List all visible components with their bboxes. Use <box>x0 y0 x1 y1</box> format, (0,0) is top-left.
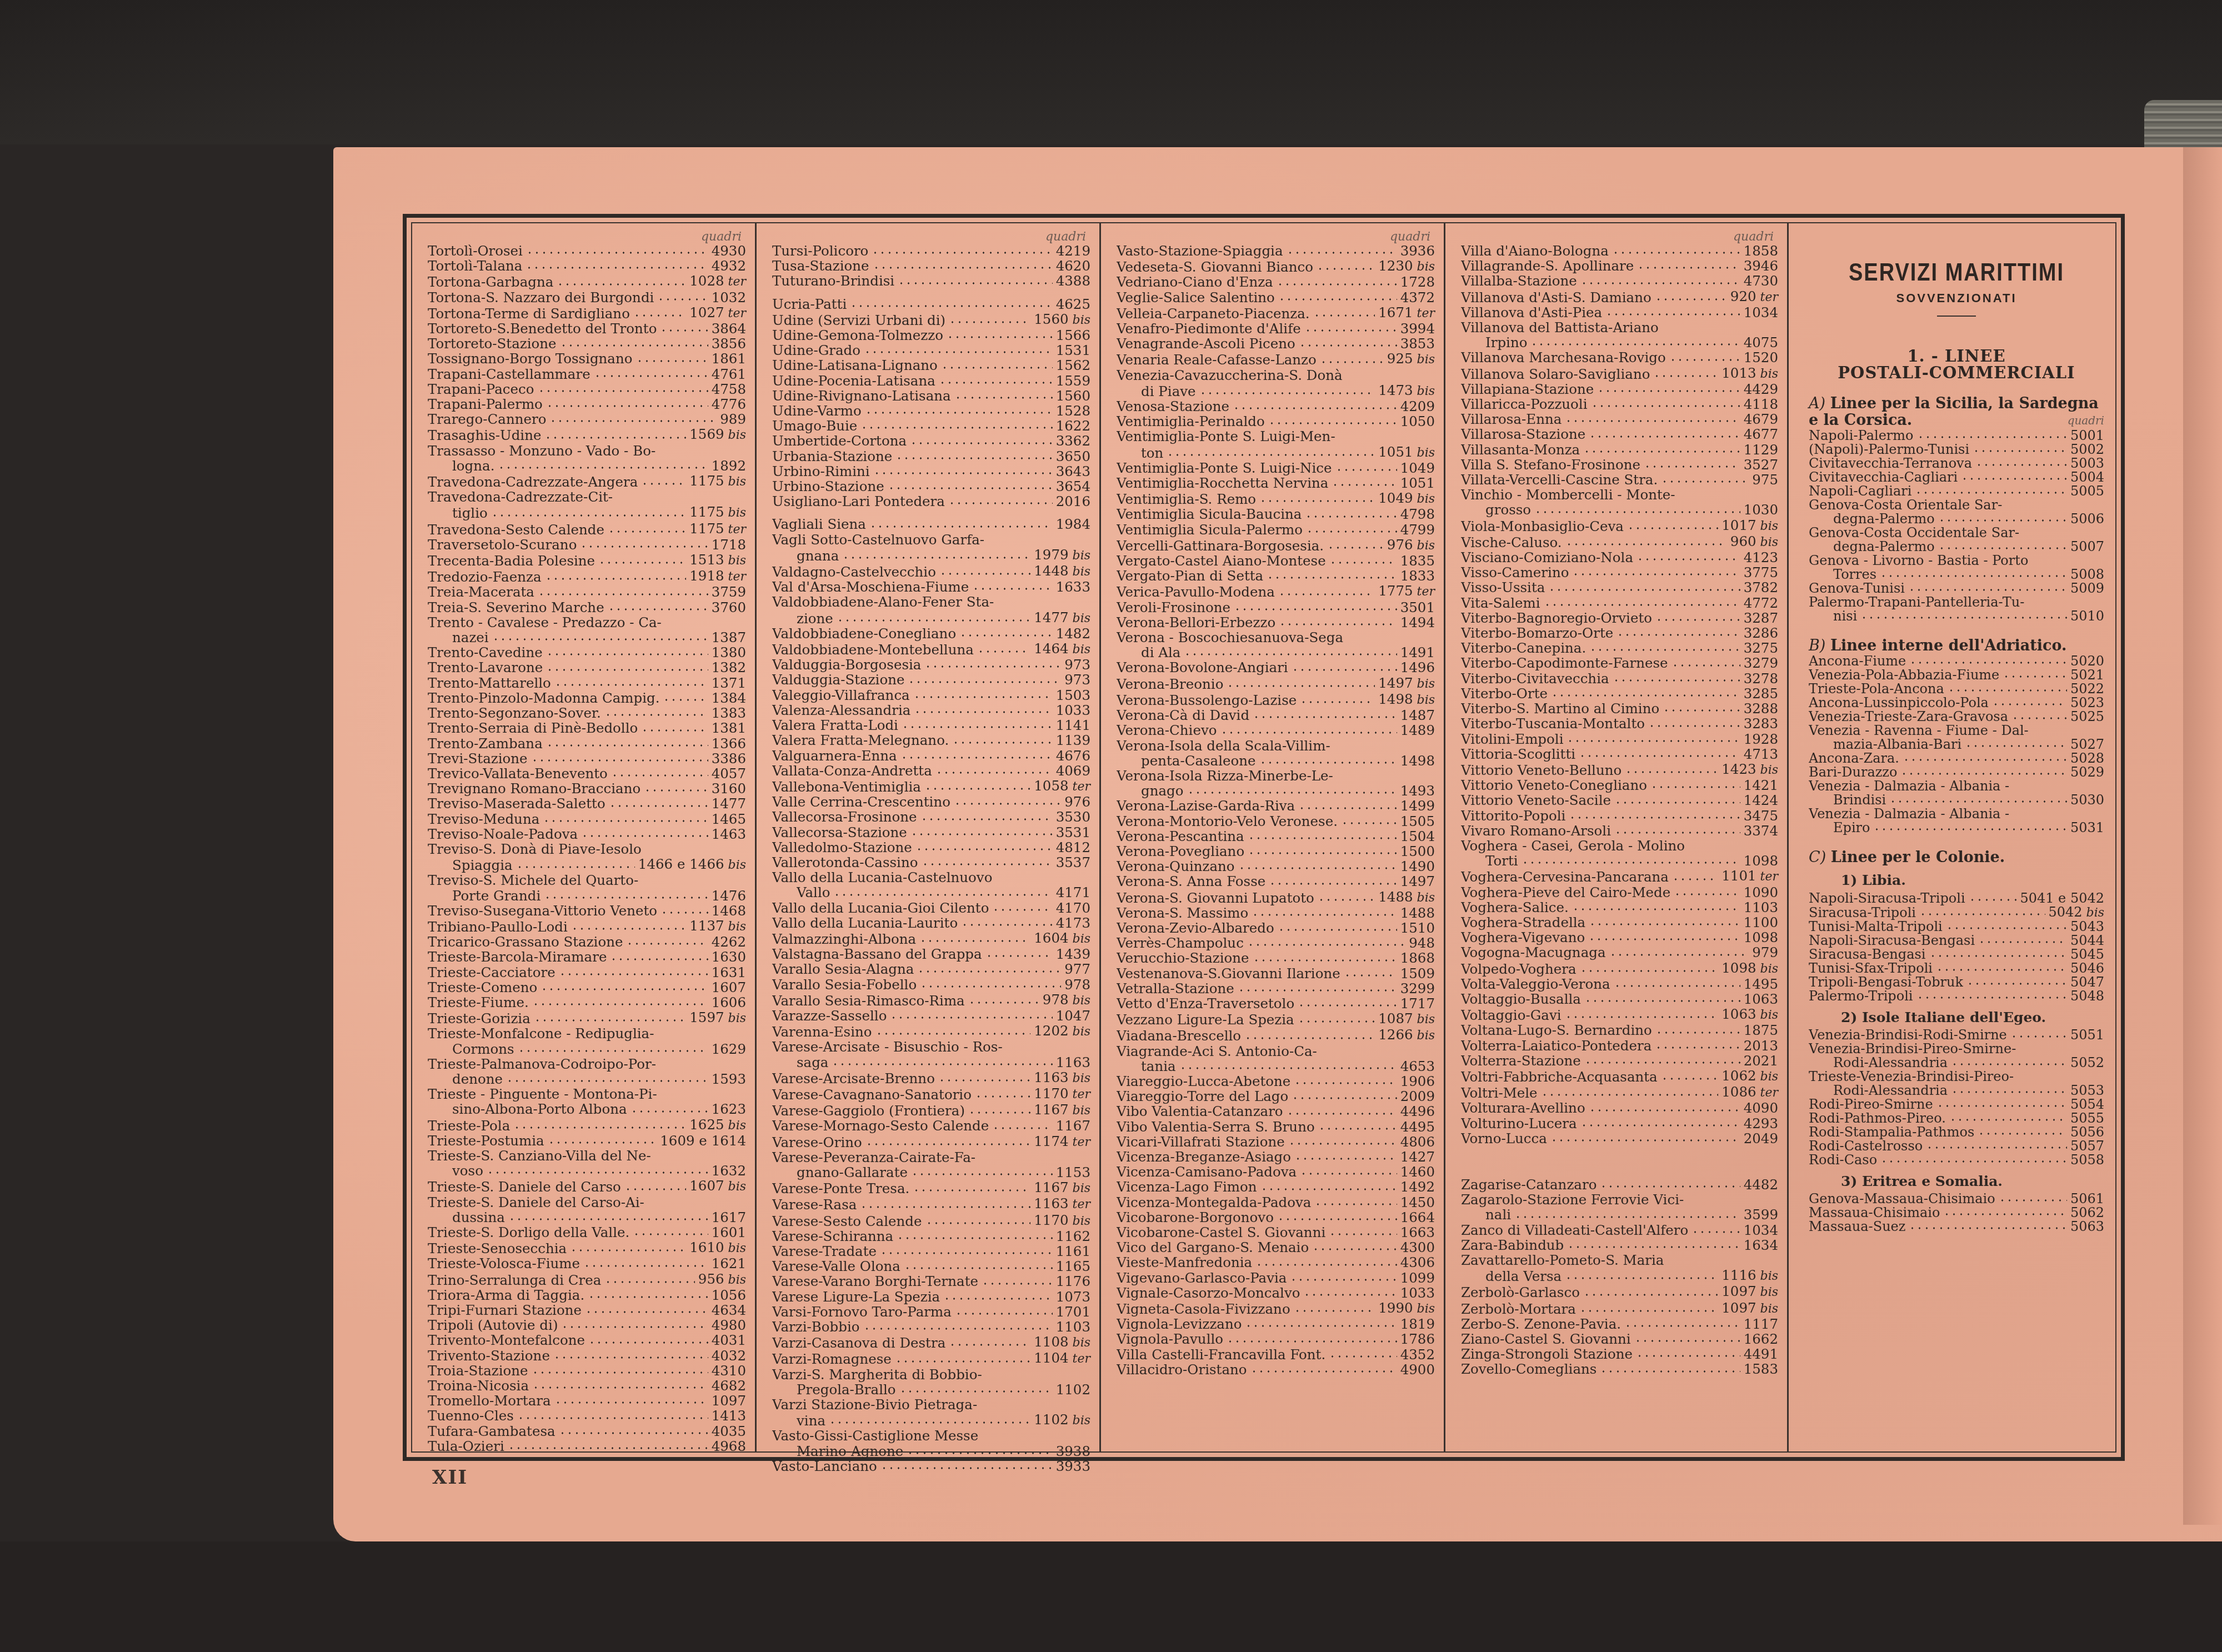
dot-leader <box>487 1171 708 1174</box>
entry-name: Trento-Mattarello <box>428 675 551 690</box>
entry-continuation: Vallo4171 <box>772 885 1090 900</box>
index-entry: Zerbo-S. Zenone-Pavia.1117 <box>1461 1316 1778 1331</box>
entry-name: Rodi-Pireo-Smirne <box>1809 1098 1933 1112</box>
entry-name: Varese-Sesto Calende <box>772 1214 922 1229</box>
entry-name: Vorno-Lucca <box>1461 1131 1547 1146</box>
dot-leader <box>1253 715 1397 719</box>
reference-number: 1413 <box>712 1408 746 1423</box>
reference-number: 1632 <box>712 1163 746 1178</box>
reference-suffix: bis <box>1069 994 1090 1008</box>
index-column-2: quadri Tursi-Policoro4219Tusa-Stazione46… <box>757 223 1101 1451</box>
entry-name: Vigneta-Casola-Fivizzano <box>1117 1301 1290 1316</box>
entry-continuation: nisi5010 <box>1809 609 2104 623</box>
entry-name: Valduggia-Borgosesia <box>772 657 921 672</box>
reference-number: 1468 <box>712 903 746 918</box>
dot-leader <box>571 927 686 930</box>
reference-number: 1560 bis <box>1034 312 1090 328</box>
dot-leader <box>1233 407 1397 410</box>
entry-name: Valduggia-Stazione <box>772 672 904 687</box>
index-entry: Vignola-Levizzano1819 <box>1117 1316 1435 1331</box>
reference-number: 3531 <box>1056 825 1090 840</box>
reference-number: 1609 e 1614 <box>660 1133 746 1148</box>
index-entry: Umago-Buie1622 <box>772 418 1090 433</box>
entry-name: Trieste-Comeno <box>428 980 537 995</box>
entry-name: Trieste-S. Canziano-Villa del Ne- <box>428 1148 746 1163</box>
index-entry: Varese-Peveranza-Cairate-Fa-gnano-Gallar… <box>772 1150 1090 1180</box>
dot-leader <box>1938 519 2067 522</box>
index-entry: Tredozio-Faenza1918 ter <box>428 568 746 584</box>
reference-number: 1102 bis <box>1034 1412 1090 1428</box>
entry-name: Trieste-Senosecchia <box>428 1241 567 1256</box>
dot-leader <box>920 818 1053 821</box>
entry-name: Varallo Sesia-Fobello <box>772 977 917 992</box>
index-entry: Rodi-Caso5058 <box>1809 1153 2104 1167</box>
reference-number: 1819 <box>1400 1316 1435 1331</box>
reference-number: 3278 <box>1744 671 1778 686</box>
entry-name: Vergato-Castel Aiano-Montese <box>1117 553 1326 568</box>
dot-leader <box>968 1001 1039 1004</box>
entry-name-cont: Cormons <box>452 1042 514 1057</box>
entry-name-cont: di Ala <box>1141 645 1180 660</box>
dot-leader <box>1655 298 1727 301</box>
index-entry: Verona-S. Massimo1488 <box>1117 905 1435 920</box>
reference-number: 1175 bis <box>689 473 746 489</box>
dot-leader <box>890 1016 1052 1019</box>
reference-number: 1051 bis <box>1378 444 1435 460</box>
entry-name: Visso-Camerino <box>1461 565 1569 580</box>
entry-name: Tusa-Stazione <box>772 258 869 273</box>
dot-leader <box>1938 547 2067 550</box>
index-entry: Vergato-Castel Aiano-Montese1835 <box>1117 553 1435 568</box>
entry-name: Verona-S. Anna Fosse <box>1117 874 1265 889</box>
entry-continuation: gnano-Gallarate1153 <box>772 1165 1090 1180</box>
reference-number: 1097 <box>712 1393 746 1408</box>
reference-suffix: ter <box>1069 1198 1090 1212</box>
reference-number: 960 bis <box>1730 534 1778 550</box>
index-entry: Varazze-Sassello1047 <box>772 1008 1090 1023</box>
reference-number: 5021 <box>2070 668 2104 682</box>
index-entry: Trasaghis-Udine1569 bis <box>428 427 746 443</box>
entry-name: Rodi-Stampalia-Pathmos <box>1809 1125 1974 1139</box>
quadri-header: quadri <box>428 231 746 243</box>
index-column-1: quadri Tortolì-Orosei4930Tortolì-Talana4… <box>412 223 757 1451</box>
index-entry: Trieste-Comeno1607 <box>428 980 746 995</box>
reference-number: 1562 <box>1056 358 1090 373</box>
dot-leader <box>1936 968 2067 972</box>
dot-leader <box>561 1325 708 1329</box>
dot-leader <box>1943 1213 2067 1216</box>
entry-name: Vallo della Lucania-Gioi Cilento <box>772 900 989 915</box>
entry-continuation: Irpino4075 <box>1461 335 1778 350</box>
reference-number: 1569 bis <box>689 427 746 443</box>
dot-leader <box>920 985 1061 988</box>
index-entry: Ventimiglia-S. Remo1049 bis <box>1117 490 1435 507</box>
reference-suffix: bis <box>1069 932 1090 946</box>
maritime-subtitle: SOVVENZIONATI <box>1809 291 2104 306</box>
entry-name: Venezia-Brindisi-Pireo-Smirne- <box>1809 1042 2104 1056</box>
reference-number: 1266 bis <box>1378 1027 1435 1043</box>
entry-name-cont: Brindisi <box>1833 793 1886 807</box>
reference-number: 4170 <box>1056 900 1090 915</box>
entry-name: Vignola-Pavullo <box>1117 1331 1223 1346</box>
dot-leader <box>1551 694 1740 697</box>
index-entry: Vieste-Manfredonia4306 <box>1117 1255 1435 1270</box>
index-entry: Treviso-Meduna1465 <box>428 812 746 827</box>
group-heading: C) Linee per le Colonie. <box>1809 849 2104 866</box>
index-entry: Valledolmo-Stazione4812 <box>772 840 1090 855</box>
reference-suffix: bis <box>1413 353 1435 367</box>
reference-number: 1098 <box>1744 930 1778 945</box>
dot-leader <box>1318 898 1375 902</box>
reference-number: 1892 <box>712 458 746 473</box>
dot-leader <box>1245 1324 1397 1328</box>
entry-name: Voltana-Lugo-S. Bernardino <box>1461 1023 1652 1038</box>
dot-leader <box>1522 861 1740 864</box>
reference-number: 4429 <box>1744 382 1778 397</box>
reference-number: 3288 <box>1744 701 1778 716</box>
entry-name: Trieste - Pinguente - Montona-Pi- <box>428 1087 746 1102</box>
dot-leader <box>1671 664 1740 667</box>
entry-name: Varese-Mornago-Sesto Calende <box>772 1118 989 1133</box>
entry-name: Trento-Pinzolo-Madonna Campig. <box>428 690 659 705</box>
entry-name: Napoli-Siracusa-Bengasi <box>1809 934 1975 948</box>
dot-leader <box>546 653 708 656</box>
index-entry: Genova-Costa Orientale Sar-degna-Palermo… <box>1809 498 2104 526</box>
dot-leader <box>1948 689 2067 692</box>
reference-number: 1013 bis <box>1721 366 1778 382</box>
reference-suffix: bis <box>1069 1214 1090 1228</box>
entry-name: Udine (Servizi Urbani di) <box>772 313 945 328</box>
dot-leader <box>2010 1035 2067 1038</box>
reference-number: 3654 <box>1056 479 1090 494</box>
reference-number: 1663 <box>1400 1225 1435 1240</box>
index-entry: Trento-Mattarello1371 <box>428 675 746 690</box>
reference-number: 1476 <box>712 888 746 903</box>
reference-number: 1498 bis <box>1378 692 1435 708</box>
entry-name: Volturara-Avellino <box>1461 1100 1585 1115</box>
entry-name: Palermo-Trapani-Pantelleria-Tu- <box>1809 595 2104 609</box>
index-column-4: quadri Villa d'Aiano-Bologna1858Villagra… <box>1445 223 1789 1451</box>
index-entry: Troia-Stazione4310 <box>428 1363 746 1378</box>
reference-number: 1607 <box>712 980 746 995</box>
index-entry: Viterbo-Bagnoregio-Orvieto3287 <box>1461 610 1778 625</box>
entry-name: Troia-Stazione <box>428 1363 528 1378</box>
entry-name: Palermo-Tripoli <box>1809 989 1913 1003</box>
dot-leader <box>598 561 686 564</box>
entry-name: Verona-S. Giovanni Lupatoto <box>1117 890 1314 905</box>
reference-number: 1491 <box>1400 645 1435 660</box>
index-entry: Treia-S. Severino Marche3760 <box>428 600 746 615</box>
reference-number: 1033 <box>1056 703 1090 718</box>
reference-number: 1383 <box>712 705 746 720</box>
index-entry: Tortoreto-Stazione3856 <box>428 336 746 351</box>
dot-leader <box>1269 882 1397 885</box>
reference-number: 5002 <box>2070 443 2104 457</box>
entry-name: Rodi-Castelrosso <box>1809 1139 1923 1153</box>
entry-name: Tursi-Policoro <box>772 243 868 258</box>
entry-name: Varallo Sesia-Rimasco-Rima <box>772 993 965 1008</box>
dot-leader <box>1184 653 1397 656</box>
entry-name: Varzi-S. Margherita di Bobbio- <box>772 1367 1090 1382</box>
dot-leader <box>954 396 1053 399</box>
reference-number: 1230 bis <box>1378 258 1435 274</box>
dot-leader <box>532 1003 708 1006</box>
dot-leader <box>1588 938 1740 941</box>
subgroup-heading: 3) Eritrea e Somalia. <box>1841 1174 2104 1189</box>
index-entry: Treia-Macerata3759 <box>428 584 746 599</box>
dot-leader <box>1644 465 1740 468</box>
entry-continuation: Marino-Agnone3938 <box>772 1444 1090 1459</box>
index-entry: Trapani-Paceco4758 <box>428 382 746 397</box>
reference-suffix: ter <box>724 275 746 289</box>
dot-leader <box>1915 491 2066 494</box>
entry-continuation: ton1051 bis <box>1117 444 1435 460</box>
reference-suffix: ter <box>1069 1088 1090 1102</box>
entry-name: Massaua-Chisimaio <box>1809 1206 1940 1220</box>
index-entry: Varzi-Romagnese1104 ter <box>772 1350 1090 1366</box>
reference-number: 1488 bis <box>1378 889 1435 905</box>
reference-number: 5062 <box>2070 1206 2104 1220</box>
reference-number: 1170 ter <box>1034 1086 1090 1102</box>
index-entry: Villacidro-Oristano4900 <box>1117 1362 1435 1377</box>
index-frame: quadri Tortolì-Orosei4930Tortolì-Talana4… <box>403 214 2125 1461</box>
index-entry: Travedona-Sesto Calende1175 ter <box>428 521 746 537</box>
dot-leader <box>1287 251 1397 254</box>
dot-leader <box>1624 1324 1740 1328</box>
index-entry: Varese-Schiranna1162 <box>772 1229 1090 1244</box>
reference-number: 4032 <box>712 1348 746 1363</box>
dot-leader <box>1329 1355 1397 1358</box>
index-entry: Ancona-Lussinpiccolo-Pola5023 <box>1809 696 2104 710</box>
index-entry: Vedriano-Ciano d'Enza1728 <box>1117 274 1435 289</box>
reference-number: 4173 <box>1056 915 1090 930</box>
dot-leader <box>902 725 1053 729</box>
group-letter: B) <box>1809 637 1830 654</box>
dot-leader <box>1655 618 1740 622</box>
entry-name-cont: degna-Palermo <box>1833 512 1935 526</box>
dot-leader <box>544 436 686 439</box>
entry-name: Volterra-Laiatico-Pontedera <box>1461 1038 1652 1053</box>
dot-leader <box>2003 675 2067 678</box>
entry-name: Val d'Arsa-Moschiena-Fiume <box>772 579 969 594</box>
dot-leader <box>1248 852 1397 855</box>
quadri-header: quadri <box>772 231 1090 243</box>
reference-number: 4679 <box>1744 412 1778 427</box>
index-entry: Valdagno-Castelvecchio1448 bis <box>772 563 1090 579</box>
index-entry: Trieste-Monfalcone - Redipuglia-Cormons1… <box>428 1026 746 1056</box>
dot-leader <box>1312 1248 1397 1251</box>
entry-name: Volta-Valeggio-Verona <box>1461 977 1610 992</box>
reference-number: 4496 <box>1400 1104 1435 1119</box>
reference-number: 4495 <box>1400 1119 1435 1134</box>
reference-suffix: bis <box>1756 1070 1778 1084</box>
dot-leader <box>850 304 1052 308</box>
reference-number: 3994 <box>1400 321 1435 336</box>
index-entry: Ventimiglia-Ponte S. Luigi-Nice1049 <box>1117 460 1435 475</box>
index-entry: Varallo Sesia-Rimasco-Rima978 bis <box>772 992 1090 1008</box>
dot-leader <box>1244 1037 1375 1040</box>
index-entry: Umbertide-Cortona3362 <box>772 433 1090 448</box>
dot-leader <box>943 1297 1052 1300</box>
reference-number: 1421 <box>1744 778 1778 793</box>
index-entry: Visciano-Comiziano-Nola4123 <box>1461 550 1778 565</box>
dot-leader <box>952 741 1052 744</box>
index-entry: Tortona-S. Nazzaro dei Burgondi1032 <box>428 290 746 305</box>
entry-name-cont: Vallo <box>797 885 830 900</box>
reference-number: 3938 <box>1056 1444 1090 1459</box>
reference-number: 1500 <box>1400 844 1435 859</box>
index-entry: Varese-Orino1174 ter <box>772 1134 1090 1150</box>
entry-name: Vische-Caluso. <box>1461 535 1562 550</box>
reference-suffix: bis <box>724 554 746 568</box>
index-entry: Viterbo-S. Martino al Cimino3288 <box>1461 701 1778 716</box>
index-entry: Villa Castelli-Francavilla Font.4352 <box>1117 1347 1435 1362</box>
index-entry: Ucria-Patti4625 <box>772 297 1090 312</box>
reference-suffix: bis <box>1069 1414 1090 1428</box>
reference-number: 1906 <box>1400 1074 1435 1089</box>
dot-leader <box>1572 908 1740 911</box>
index-entry: Voghera-Vigevano1098 <box>1461 930 1778 945</box>
index-entry: Ancona-Fiume5020 <box>1809 654 2104 668</box>
dot-leader <box>1909 1227 2066 1230</box>
reference-number: 4806 <box>1400 1134 1435 1149</box>
dot-leader <box>1579 1309 1718 1313</box>
reference-number: 1381 <box>712 720 746 735</box>
index-entry: Vicenza-Breganze-Asiago1427 <box>1117 1149 1435 1164</box>
reference-number: 3374 <box>1744 823 1778 838</box>
reference-suffix: bis <box>724 1012 746 1025</box>
reference-number: 1510 <box>1400 920 1435 935</box>
dot-leader <box>1300 700 1375 704</box>
index-entry: Vische-Caluso.960 bis <box>1461 534 1778 550</box>
entry-continuation: Epiro5031 <box>1809 821 2104 835</box>
dot-leader <box>949 1343 1030 1346</box>
entry-name-cont: di Piave <box>1141 384 1196 399</box>
entry-name: Volpedo-Voghera <box>1461 962 1577 977</box>
entry-name: Varese-Orino <box>772 1135 862 1150</box>
dot-leader <box>1305 515 1397 518</box>
entry-name: Verona-Chievo <box>1117 723 1217 738</box>
entry-name: Troina-Nicosia <box>428 1378 529 1393</box>
reference-number: 1141 <box>1056 718 1090 733</box>
dot-leader <box>947 336 1053 339</box>
dot-leader <box>1278 928 1397 932</box>
index-entry: Trieste-Volosca-Fiume1621 <box>428 1256 746 1271</box>
index-entry: Valdobbiadene-Montebelluna1464 bis <box>772 641 1090 657</box>
reference-number: 3160 <box>712 781 746 796</box>
dot-leader <box>1583 1293 1718 1296</box>
entry-name: Trento - Cavalese - Predazzo - Ca- <box>428 615 746 630</box>
dot-leader <box>1313 314 1375 317</box>
dot-leader <box>1936 1104 2067 1108</box>
reference-number: 1593 <box>712 1072 746 1087</box>
dot-leader <box>581 834 708 838</box>
entry-name: Tortoreto-Stazione <box>428 336 557 351</box>
entry-name: Verona-Bussolengo-Lazise <box>1117 693 1297 708</box>
entry-name: Varsi-Fornovo Taro-Parma <box>772 1304 952 1319</box>
index-entry: Trieste-Gorizia1597 bis <box>428 1010 746 1026</box>
entry-name: Urbania-Stazione <box>772 449 892 464</box>
dot-leader <box>907 1451 1052 1455</box>
index-entry: Tortona-Garbagna1028 ter <box>428 273 746 289</box>
reference-number: 4620 <box>1056 258 1090 273</box>
entry-name: Viterbo-Canepina. <box>1461 640 1586 655</box>
dot-leader <box>1287 1112 1397 1115</box>
entry-name: Urbino-Rimini <box>772 464 870 479</box>
index-entry: Velleia-Carpaneto-Piacenza.1671 ter <box>1117 305 1435 321</box>
reference-number: 1497 <box>1400 874 1435 889</box>
entry-continuation: logna.1892 <box>428 458 746 473</box>
reference-suffix: bis <box>1413 1013 1435 1027</box>
entry-name: Voghera-Stradella <box>1461 915 1585 930</box>
index-entry: Tortolì-Orosei4930 <box>428 243 746 258</box>
index-entry: Voltri-Fabbriche-Acquasanta1062 bis <box>1461 1068 1778 1084</box>
index-entry: Ventimiglia Sicula-Baucina4798 <box>1117 507 1435 522</box>
index-entry: Viterbo-Canepina.3275 <box>1461 640 1778 655</box>
entry-continuation: tiglio1175 bis <box>428 504 746 520</box>
dot-leader <box>1167 453 1375 457</box>
reference-number: 989 <box>720 412 746 427</box>
dot-leader <box>1999 1199 2067 1202</box>
reference-suffix: bis <box>724 1241 746 1255</box>
reference-number: 1047 <box>1056 1008 1090 1023</box>
index-entry: Vallebona-Ventimiglia1058 ter <box>772 778 1090 794</box>
reference-number: 1104 ter <box>1034 1350 1090 1366</box>
dot-leader <box>939 381 1053 384</box>
entry-name: Tossignano-Borgo Tossignano <box>428 351 633 366</box>
entry-name-cont: gnago <box>1141 783 1184 798</box>
page-number: XII <box>432 1466 468 1489</box>
index-entry: Verona-Zevio-Albaredo1510 <box>1117 920 1435 935</box>
dot-leader <box>1860 616 2067 619</box>
reference-number: 1629 <box>712 1042 746 1057</box>
entry-name: Venezia-Cavazuccherina-S. Donà <box>1117 368 1435 383</box>
index-entry: Tuturano-Brindisi4388 <box>772 273 1090 288</box>
dot-leader <box>1541 1093 1719 1097</box>
dot-leader <box>1909 661 2067 664</box>
dot-leader <box>1600 1370 1740 1373</box>
dot-leader <box>1961 477 2067 480</box>
index-entry: Trino-Serralunga di Crea956 bis <box>428 1271 746 1288</box>
entry-name: Genova-Tunisi <box>1809 582 1905 595</box>
dot-leader <box>938 1079 1030 1082</box>
reference-number: 5031 <box>2070 821 2104 835</box>
reference-number: 978 bis <box>1043 992 1090 1008</box>
index-entry: Villa S. Stefano-Frosinone3527 <box>1461 457 1778 472</box>
index-entry: Vezzano Ligure-La Spezia1087 bis <box>1117 1011 1435 1027</box>
reference-number: 1597 bis <box>689 1010 746 1026</box>
dot-leader <box>543 819 708 823</box>
entry-name: Verona-Pescantina <box>1117 829 1244 844</box>
entry-name: Treviso-Susegana-Vittorio Veneto <box>428 903 657 918</box>
dot-leader <box>624 1188 686 1191</box>
entry-continuation: grosso1030 <box>1461 502 1778 517</box>
reference-number: 2021 <box>1744 1053 1778 1068</box>
subgroup-heading: 1) Libia. <box>1841 873 2104 888</box>
entry-continuation: Rodi-Alessandria5052 <box>1809 1056 2104 1070</box>
index-entry: Villata-Vercelli-Cascine Stra.975 <box>1461 472 1778 487</box>
entry-name: Vittorito-Popoli <box>1461 808 1565 823</box>
reference-number: 1098 <box>1744 853 1778 868</box>
entry-name: Venafro-Piedimonte d'Alife <box>1117 321 1301 336</box>
dot-leader <box>1637 558 1740 561</box>
index-entry: Valmazzinghi-Albona1604 bis <box>772 930 1090 947</box>
dot-leader <box>895 1360 1030 1363</box>
entry-name: Napoli-Siracusa-Tripoli <box>1809 892 1965 905</box>
reference-number: 3475 <box>1744 808 1778 823</box>
entry-list: Villa d'Aiano-Bologna1858Villagrande-S. … <box>1461 243 1778 1377</box>
index-entry: Ventimiglia-Perinaldo1050 <box>1117 414 1435 429</box>
